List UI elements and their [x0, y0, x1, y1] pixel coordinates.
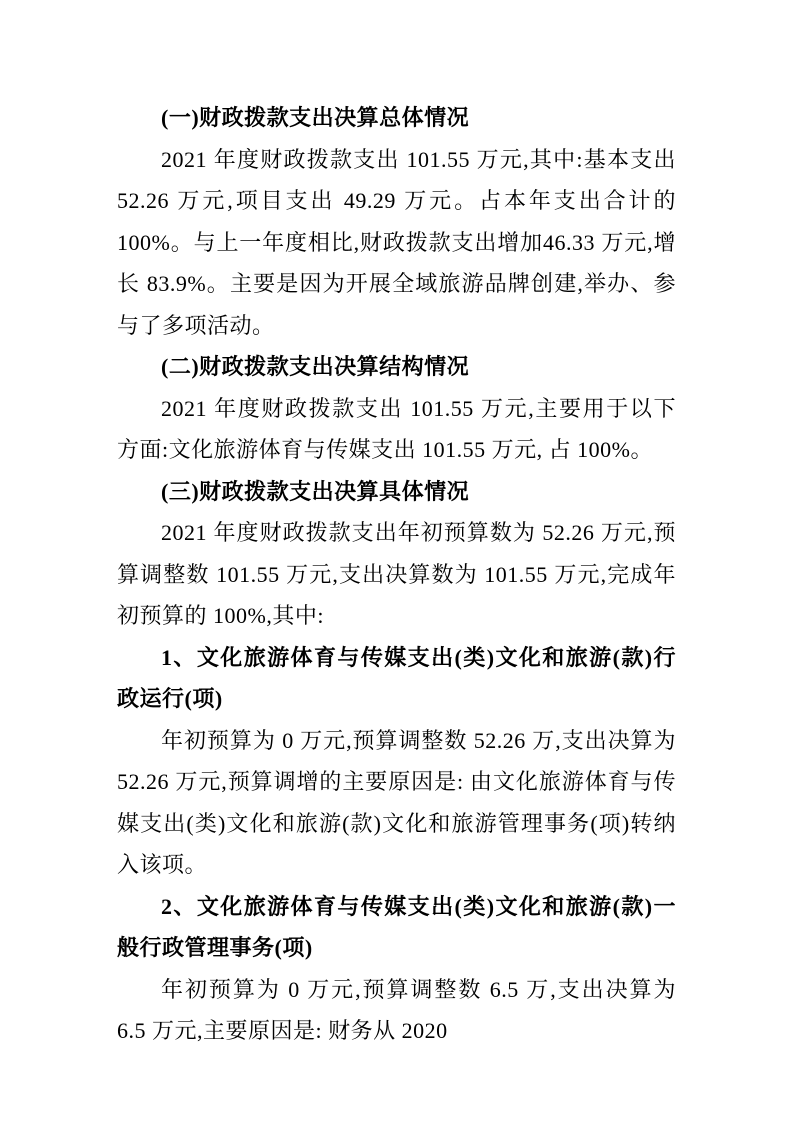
- paragraph-subitem-2: 年初预算为 0 万元,预算调整数 6.5 万,支出决算为 6.5 万元,主要原因…: [117, 969, 676, 1052]
- document-content: (一)财政拨款支出决算总体情况 2021 年度财政拨款支出 101.55 万元,…: [117, 97, 676, 1052]
- subitem-heading-2: 2、文化旅游体育与传媒支出(类)文化和旅游(款)一般行政管理事务(项): [117, 886, 676, 969]
- paragraph-subitem-1: 年初预算为 0 万元,预算调整数 52.26 万,支出决算为 52.26 万元,…: [117, 720, 676, 886]
- paragraph-detail-intro: 2021 年度财政拨款支出年初预算数为 52.26 万元,预算调整数 101.5…: [117, 512, 676, 637]
- paragraph-structure-situation: 2021 年度财政拨款支出 101.55 万元,主要用于以下方面:文化旅游体育与…: [117, 388, 676, 471]
- section-heading-structure: (二)财政拨款支出决算结构情况: [117, 346, 676, 388]
- section-heading-detail: (三)财政拨款支出决算具体情况: [117, 471, 676, 513]
- paragraph-overall-situation: 2021 年度财政拨款支出 101.55 万元,其中:基本支出 52.26 万元…: [117, 139, 676, 347]
- document-page: (一)财政拨款支出决算总体情况 2021 年度财政拨款支出 101.55 万元,…: [0, 0, 793, 1122]
- section-heading-overall: (一)财政拨款支出决算总体情况: [117, 97, 676, 139]
- subitem-heading-1: 1、文化旅游体育与传媒支出(类)文化和旅游(款)行政运行(项): [117, 637, 676, 720]
